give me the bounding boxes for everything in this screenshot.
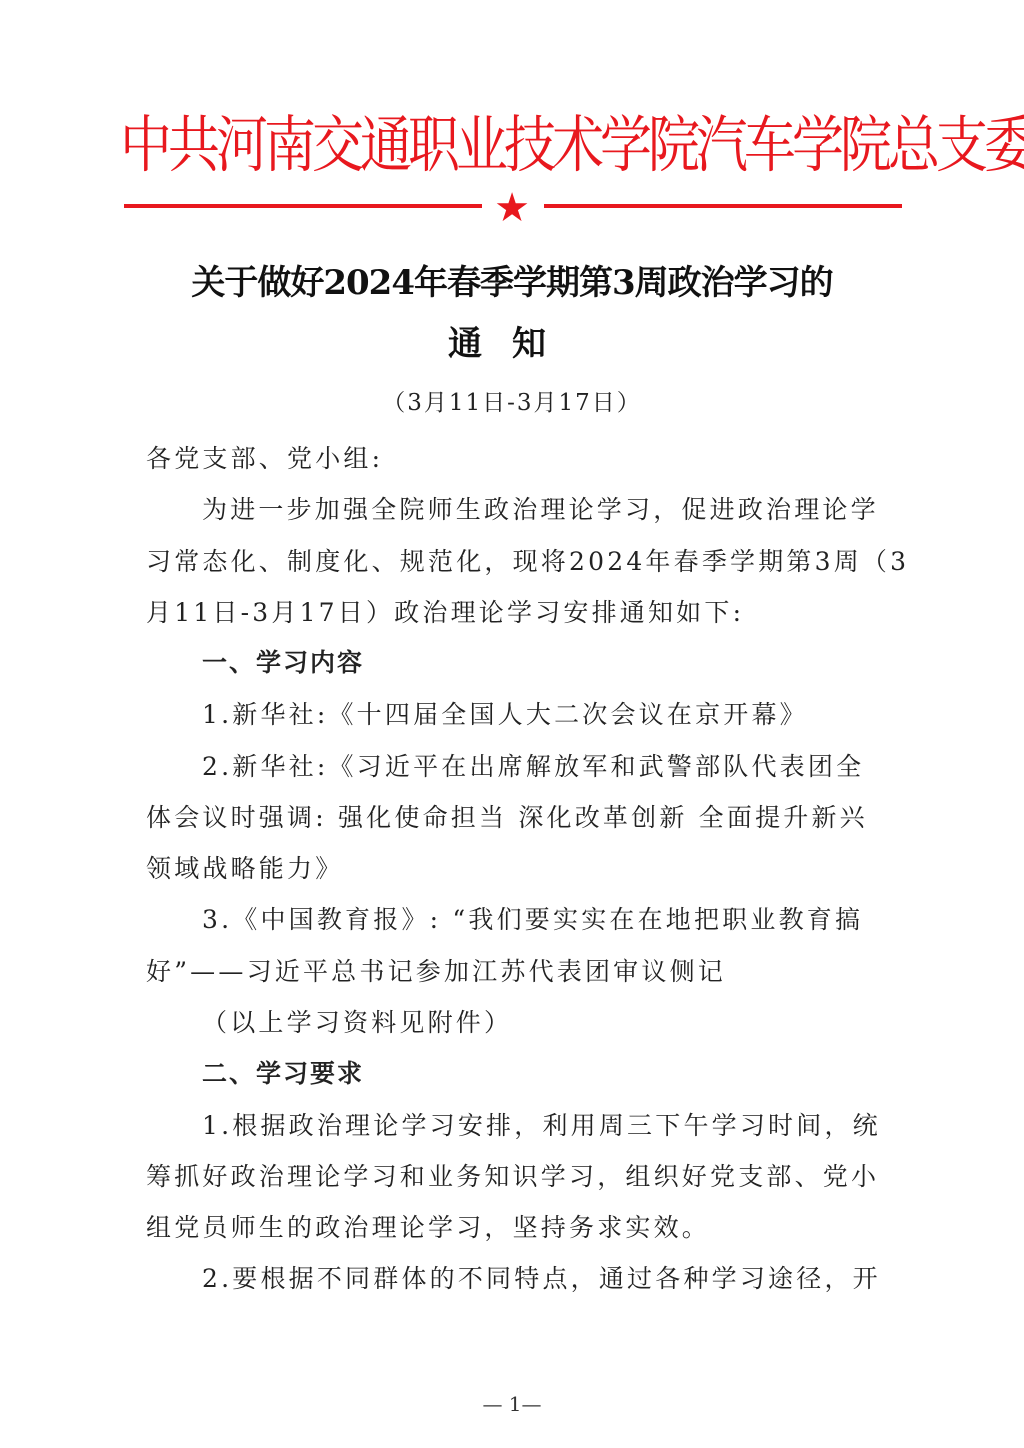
content-item-2-line3: 领域战略能力》 (146, 854, 343, 884)
content-item-3-line1: 3.《中国教育报》: “我们要实实在在地把职业教育搞 (202, 905, 863, 935)
section-heading-content: 一、学习内容 (202, 648, 364, 678)
document-title-line1: 关于做好2024年春季学期第3周政治学习的 (130, 255, 894, 304)
star-icon: ★ (492, 188, 532, 228)
red-divider-left (124, 204, 482, 208)
organization-name: 中共河南交通职业技术学院汽车学院总支委员会 (120, 101, 904, 191)
page-number: — 1— (0, 1392, 1024, 1416)
requirement-1-line2: 筹抓好政治理论学习和业务知识学习，组织好党支部、党小 (146, 1162, 879, 1192)
date-range: （3月11日-3月17日） (130, 384, 894, 417)
requirement-2-line1: 2.要根据不同群体的不同特点，通过各种学习途径，开 (202, 1264, 881, 1294)
content-item-3-line2: 好”——习近平总书记参加江苏代表团审议侧记 (146, 957, 726, 987)
content-item-1: 1.新华社:《十四届全国人大二次会议在京开幕》 (202, 700, 808, 730)
content-item-2-line2: 体会议时强调: 强化使命担当 深化改革创新 全面提升新兴 (146, 803, 868, 833)
salutation: 各党支部、党小组: (146, 444, 383, 474)
content-item-2-line1: 2.新华社:《习近平在出席解放军和武警部队代表团全 (202, 752, 864, 782)
requirement-1-line3: 组党员师生的政治理论学习，坚持务求实效。 (146, 1213, 710, 1243)
intro-line3: 月11日-3月17日）政治理论学习安排通知如下: (146, 598, 744, 628)
requirement-1-line1: 1.根据政治理论学习安排，利用周三下午学习时间，统 (202, 1111, 881, 1141)
intro-line2: 习常态化、制度化、规范化，现将2024年春季学期第3周（3 (146, 547, 909, 577)
section-heading-requirements: 二、学习要求 (202, 1059, 364, 1089)
intro-line1: 为进一步加强全院师生政治理论学习，促进政治理论学 (202, 495, 879, 525)
red-divider-right (544, 204, 902, 208)
attachment-note: （以上学习资料见附件） (202, 1008, 512, 1038)
document-title-line2: 通知 (130, 316, 894, 365)
